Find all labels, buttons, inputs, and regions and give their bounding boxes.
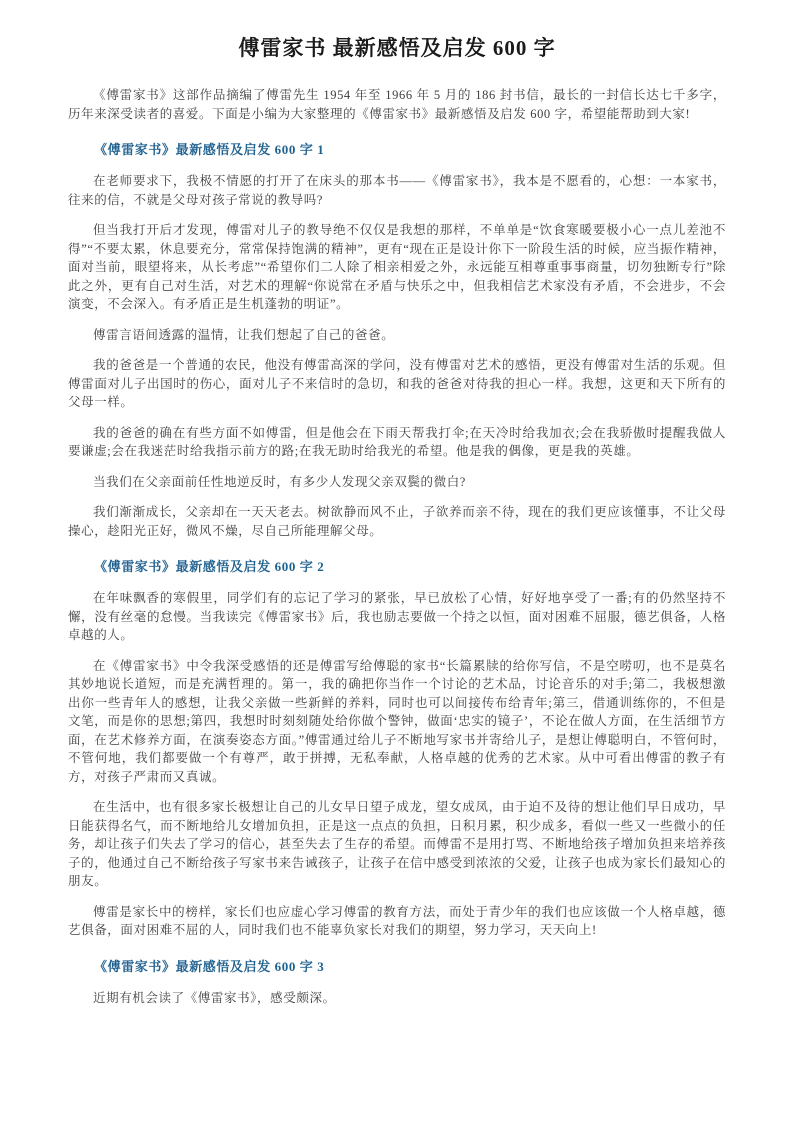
section-heading-3: 《傅雷家书》最新感悟及启发 600 字 3 — [68, 956, 726, 975]
document-page: 傅雷家书 最新感悟及启发 600 字 《傅雷家书》这部作品摘编了傅雷先生 195… — [0, 0, 794, 1123]
section2-paragraph-2: 在《傅雷家书》中令我深受感悟的还是傅雷写给傅聪的家书“长篇累牍的给你写信，不是空… — [68, 657, 726, 787]
section3-paragraph-1: 近期有机会读了《傅雷家书》，感受颇深。 — [68, 989, 726, 1008]
section1-paragraph-3: 傅雷言语间透露的温情，让我们想起了自己的爸爸。 — [68, 326, 726, 345]
document-title: 傅雷家书 最新感悟及启发 600 字 — [68, 32, 726, 62]
section1-paragraph-2: 但当我打开后才发现，傅雷对儿子的教导绝不仅仅是我想的那样，不单单是“饮食寒暖要极… — [68, 221, 726, 314]
intro-paragraph: 《傅雷家书》这部作品摘编了傅雷先生 1954 年至 1966 年 5 月的 18… — [68, 86, 726, 123]
section2-paragraph-1: 在年味飘香的寒假里，同学们有的忘记了学习的紧张，早已放松了心情，好好地享受了一番… — [68, 589, 726, 645]
section1-paragraph-7: 我们渐渐成长，父亲却在一天天老去。树欲静而风不止，子欲养而亲不待，现在的我们更应… — [68, 503, 726, 540]
section-heading-1: 《傅雷家书》最新感悟及启发 600 字 1 — [68, 139, 726, 158]
section1-paragraph-5: 我的爸爸的确在有些方面不如傅雷，但是他会在下雨天帮我打伞;在天冷时给我加衣;会在… — [68, 424, 726, 461]
section2-paragraph-4: 傅雷是家长中的榜样，家长们也应虚心学习傅雷的教育方法，而处于青少年的我们也应该做… — [68, 903, 726, 940]
section2-paragraph-3: 在生活中，也有很多家长极想让自己的儿女早日望子成龙，望女成凤，由于迫不及待的想让… — [68, 798, 726, 891]
section1-paragraph-1: 在老师要求下，我极不情愿的打开了在床头的那本书——《傅雷家书》，我本是不愿看的，… — [68, 172, 726, 209]
section1-paragraph-6: 当我们在父亲面前任性地逆反时，有多少人发现父亲双鬓的微白? — [68, 473, 726, 492]
section-heading-2: 《傅雷家书》最新感悟及启发 600 字 2 — [68, 556, 726, 575]
section1-paragraph-4: 我的爸爸是一个普通的农民，他没有傅雷高深的学问，没有傅雷对艺术的感悟，更没有傅雷… — [68, 356, 726, 412]
